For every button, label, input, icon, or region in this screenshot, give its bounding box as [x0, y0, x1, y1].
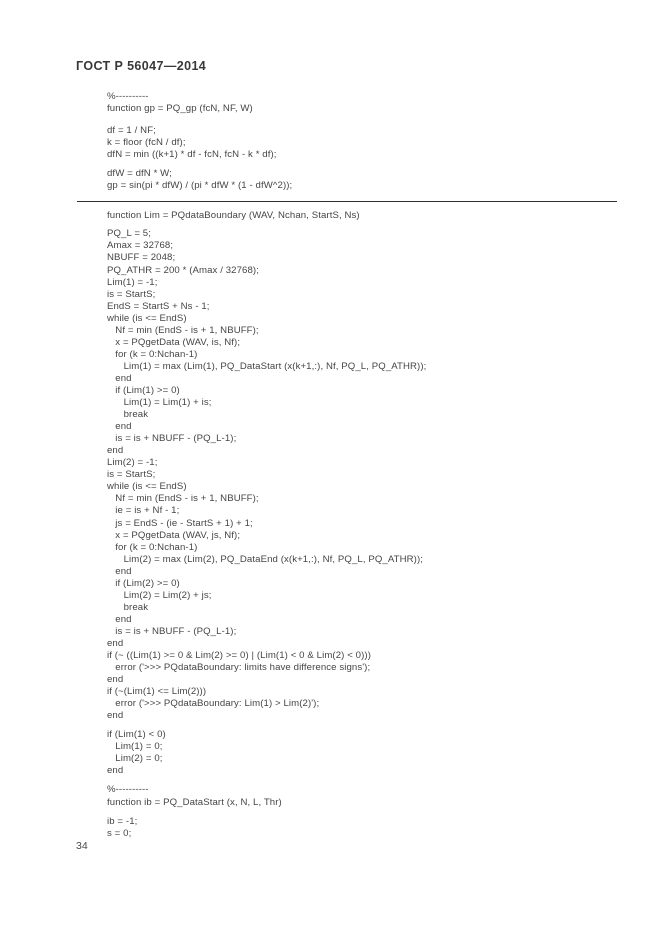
code-block: ib = -1;s = 0; [107, 816, 617, 840]
standard-number-header: ГОСТ Р 56047—2014 [76, 59, 206, 73]
code-line: Lim(1) = 0; [107, 741, 617, 753]
code-line: Lim(2) = -1; [107, 457, 617, 469]
code-line: is = StartS; [107, 469, 617, 481]
code-line: break [107, 409, 617, 421]
code-line: end [107, 674, 617, 686]
code-line: end [107, 421, 617, 433]
code-line: for (k = 0:Nchan-1) [107, 542, 617, 554]
code-line: end [107, 614, 617, 626]
code-line: for (k = 0:Nchan-1) [107, 349, 617, 361]
code-line: is = is + NBUFF - (PQ_L-1); [107, 626, 617, 638]
code-block: dfW = dfN * W;gp = sin(pi * dfW) / (pi *… [107, 168, 617, 192]
code-line: ie = is + Nf - 1; [107, 505, 617, 517]
code-line: %---------- [107, 784, 617, 796]
page-number: 34 [76, 840, 88, 852]
code-line: ib = -1; [107, 816, 617, 828]
document-page: ГОСТ Р 56047—2014 %----------function gp… [0, 0, 661, 935]
code-line: end [107, 566, 617, 578]
code-line: x = PQgetData (WAV, is, Nf); [107, 337, 617, 349]
code-line: function gp = PQ_gp (fcN, NF, W) [107, 103, 617, 115]
code-line: dfN = min ((k+1) * df - fcN, fcN - k * d… [107, 149, 617, 161]
section-divider [77, 201, 617, 202]
code-line: Lim(2) = Lim(2) + js; [107, 590, 617, 602]
code-line: x = PQgetData (WAV, js, Nf); [107, 530, 617, 542]
code-line: gp = sin(pi * dfW) / (pi * dfW * (1 - df… [107, 180, 617, 192]
code-line: end [107, 373, 617, 385]
code-line: end [107, 710, 617, 722]
code-line: Lim(1) = Lim(1) + is; [107, 397, 617, 409]
code-line: NBUFF = 2048; [107, 252, 617, 264]
code-line: error ('>>> PQdataBoundary: limits have … [107, 662, 617, 674]
code-line: function Lim = PQdataBoundary (WAV, Ncha… [107, 210, 617, 222]
code-listing: %----------function gp = PQ_gp (fcN, NF,… [107, 91, 617, 847]
code-line: s = 0; [107, 828, 617, 840]
code-line: while (is <= EndS) [107, 481, 617, 493]
code-line: if (Lim(2) >= 0) [107, 578, 617, 590]
code-block: if (Lim(1) < 0) Lim(1) = 0; Lim(2) = 0;e… [107, 729, 617, 777]
code-line: is = is + NBUFF - (PQ_L-1); [107, 433, 617, 445]
code-line: break [107, 602, 617, 614]
code-line: Amax = 32768; [107, 240, 617, 252]
code-line: Lim(2) = 0; [107, 753, 617, 765]
code-line: Lim(1) = -1; [107, 277, 617, 289]
code-line: while (is <= EndS) [107, 313, 617, 325]
code-line: Lim(2) = max (Lim(2), PQ_DataEnd (x(k+1,… [107, 554, 617, 566]
code-line: error ('>>> PQdataBoundary: Lim(1) > Lim… [107, 698, 617, 710]
code-line: Nf = min (EndS - is + 1, NBUFF); [107, 493, 617, 505]
code-line: end [107, 765, 617, 777]
code-line: k = floor (fcN / df); [107, 137, 617, 149]
code-block: df = 1 / NF;k = floor (fcN / df);dfN = m… [107, 125, 617, 161]
code-line: Lim(1) = max (Lim(1), PQ_DataStart (x(k+… [107, 361, 617, 373]
code-line: function ib = PQ_DataStart (x, N, L, Thr… [107, 797, 617, 809]
code-line: end [107, 445, 617, 457]
code-block: PQ_L = 5;Amax = 32768;NBUFF = 2048;PQ_AT… [107, 228, 617, 722]
code-line: EndS = StartS + Ns - 1; [107, 301, 617, 313]
code-line: end [107, 638, 617, 650]
code-block: %----------function ib = PQ_DataStart (x… [107, 784, 617, 808]
code-line: PQ_L = 5; [107, 228, 617, 240]
code-block: function Lim = PQdataBoundary (WAV, Ncha… [107, 210, 617, 222]
code-line: df = 1 / NF; [107, 125, 617, 137]
code-line: dfW = dfN * W; [107, 168, 617, 180]
code-line: PQ_ATHR = 200 * (Amax / 32768); [107, 265, 617, 277]
code-line: if (Lim(1) >= 0) [107, 385, 617, 397]
code-line: if (Lim(1) < 0) [107, 729, 617, 741]
code-line: js = EndS - (ie - StartS + 1) + 1; [107, 518, 617, 530]
code-block: %----------function gp = PQ_gp (fcN, NF,… [107, 91, 617, 115]
code-line: is = StartS; [107, 289, 617, 301]
code-line: Nf = min (EndS - is + 1, NBUFF); [107, 325, 617, 337]
code-line: %---------- [107, 91, 617, 103]
code-line: if (~(Lim(1) <= Lim(2))) [107, 686, 617, 698]
code-line: if (~ ((Lim(1) >= 0 & Lim(2) >= 0) | (Li… [107, 650, 617, 662]
